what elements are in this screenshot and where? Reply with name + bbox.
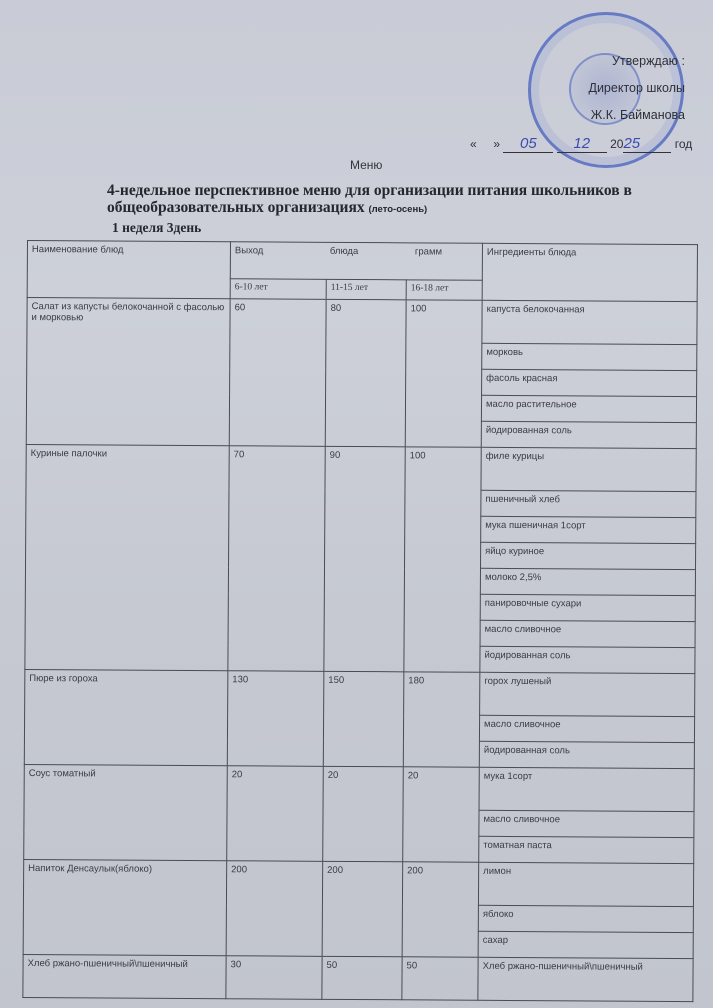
approver-position: Директор школы [588,75,685,102]
document-page: Утверждаю : Директор школы Ж.К. Байманов… [0,0,713,1008]
ingredient-cell: молоко 2,5% [480,568,695,595]
season-label: (лето-осень) [368,204,427,215]
dish-yield-16-18: 50 [402,957,478,1000]
dish-yield-6-10: 200 [226,861,323,957]
date-year-label: год [675,137,693,151]
dish-name: Пюре из гороха [24,669,228,765]
dish-row: Куриные палочки7090100филе курицы [26,444,696,491]
dish-yield-11-15: 50 [322,956,402,999]
ingredient-cell: фасоль красная [482,369,697,396]
header-yield-3: грамм [415,246,442,257]
date-close-quote: » [493,137,500,151]
dish-name: Хлеб ржано-пшеничный\пшеничный [23,954,226,998]
header-yield-1: Выход [235,245,330,257]
ingredient-cell: йодированная соль [480,646,695,673]
approver-name: Ж.К. Байманова [588,102,685,129]
ingredient-cell: морковь [482,343,697,370]
ingredient-cell: панировочные сухари [480,594,695,621]
dish-row: Хлеб ржано-пшеничный\пшеничный305050Хлеб… [23,954,693,1001]
dish-yield-11-15: 80 [325,299,406,446]
dish-yield-11-15: 150 [323,671,404,766]
menu-label: Меню [350,158,382,172]
dish-name: Куриные палочки [25,444,229,670]
header-age-16-18: 16-18 лет [406,280,482,300]
ingredient-cell: йодированная соль [481,421,696,448]
ingredient-cell: масло сливочное [479,810,694,837]
menu-table: Наименование блюд Выходблюдаграмм Ингред… [22,240,698,1002]
ingredient-cell: масло растительное [481,395,696,422]
ingredient-cell: яблоко [478,905,693,932]
dish-yield-6-10: 70 [228,446,325,672]
dish-yield-16-18: 100 [405,300,482,447]
ingredient-cell: масло сливочное [480,620,695,647]
ingredient-cell: лимон [478,862,693,906]
dish-yield-16-18: 100 [404,447,481,672]
dish-yield-11-15: 90 [324,446,405,671]
dish-yield-16-18: 200 [402,862,479,957]
dish-name: Салат из капусты белокочанной с фасолью … [26,298,230,446]
dish-yield-16-18: 180 [403,672,480,767]
date-day: 05 [503,135,553,153]
date-month: 12 [557,135,607,153]
dish-yield-6-10: 20 [227,766,324,862]
dish-yield-11-15: 20 [323,766,404,861]
ingredient-cell: капуста белокочанная [482,300,697,344]
approval-date: « » 05 12 2025 год [470,135,692,153]
ingredient-cell: йодированная соль [479,741,694,768]
ingredient-cell: горох лушеный [480,672,695,716]
date-open-quote: « [470,137,477,151]
approve-label: Утверждаю : [588,48,685,75]
header-yield-2: блюда [330,246,415,258]
ingredient-cell: мука 1сорт [479,767,694,811]
ingredient-cell: пшеничный хлеб [481,490,696,517]
header-row: Наименование блюд Выходблюдаграмм Ингред… [27,241,697,282]
ingredient-cell: яйцо куриное [481,542,696,569]
document-subtitle: 1 неделя 3день [112,220,201,236]
dish-yield-11-15: 200 [322,861,403,956]
document-title: 4-недельное перспективное меню для орган… [107,182,707,218]
date-year-prefix: 20 [610,137,623,151]
ingredient-cell: мука пшеничная 1сорт [481,516,696,543]
ingredient-cell: томатная паста [479,836,694,863]
ingredient-cell: масло сливочное [479,715,694,742]
ingredient-cell: сахар [478,931,693,958]
header-yield: Выходблюдаграмм [230,242,482,281]
dish-name: Напиток Денсаулык(яблоко) [23,859,227,955]
header-age-11-15: 11-15 лет [326,279,406,299]
date-year-suffix: 25 [623,135,671,153]
dish-row: Салат из капусты белокочанной с фасолью … [27,298,697,345]
header-ingredients: Ингредиенты блюда [482,243,697,301]
dish-yield-6-10: 130 [227,671,324,767]
dish-yield-6-10: 60 [229,299,326,447]
approval-block: Утверждаю : Директор школы Ж.К. Байманов… [588,48,685,129]
header-dish-name: Наименование блюд [27,241,230,299]
dish-yield-16-18: 20 [403,767,480,862]
header-age-6-10: 6-10 лет [230,279,326,300]
dish-yield-6-10: 30 [226,956,322,1000]
dish-row: Пюре из гороха130150180горох лушеный [25,669,695,716]
dish-name: Соус томатный [24,764,228,860]
ingredient-cell: Хлеб ржано-пшеничный\пшеничный [478,957,693,1001]
dish-row: Напиток Денсаулык(яблоко)200200200лимон [23,859,693,906]
ingredient-cell: филе курицы [481,447,696,491]
dish-row: Соус томатный202020мука 1сорт [24,764,694,811]
